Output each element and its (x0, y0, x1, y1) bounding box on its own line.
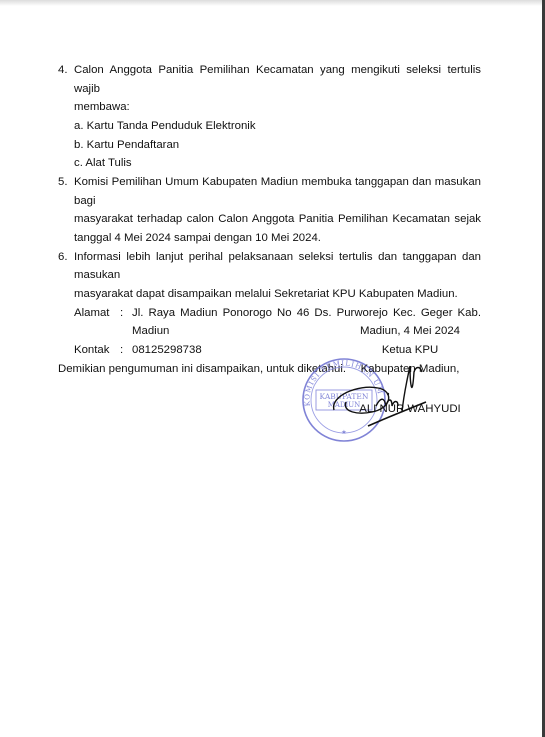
address-separator: : (120, 304, 132, 341)
place-date: Madiun, 4 Mei 2024 (352, 322, 468, 341)
handwritten-signature-icon (328, 362, 428, 428)
item-text-line: Calon Anggota Panitia Pemilihan Kecamata… (74, 61, 481, 98)
sub-item-b: b. Kartu Pendaftaran (74, 136, 481, 155)
item-number: 5. (58, 173, 74, 248)
page-top-shadow (0, 0, 545, 6)
item-text-line: Komisi Pemilihan Umum Kabupaten Madiun m… (74, 173, 481, 210)
item-text-line: Informasi lebih lanjut perihal pelaksana… (74, 248, 481, 285)
sub-item-c: c. Alat Tulis (74, 154, 481, 173)
item-text-line: masyarakat dapat disampaikan melalui Sek… (74, 285, 481, 304)
document-page: 4. Calon Anggota Panitia Pemilihan Kecam… (0, 0, 542, 737)
address-label: Alamat (74, 304, 120, 341)
item-text-line: membawa: (74, 98, 481, 117)
sub-item-a: a. Kartu Tanda Penduduk Elektronik (74, 117, 481, 136)
contact-label: Kontak (74, 341, 120, 360)
list-item-5: 5. Komisi Pemilihan Umum Kabupaten Madiu… (58, 173, 481, 248)
signer-title: Ketua KPU (352, 341, 468, 360)
list-item-4: 4. Calon Anggota Panitia Pemilihan Kecam… (58, 61, 481, 173)
item-number: 4. (58, 61, 74, 173)
svg-text:★: ★ (341, 429, 346, 436)
item-text-line: tanggal 4 Mei 2024 sampai dengan 10 Mei … (74, 229, 481, 248)
signature-block: Madiun, 4 Mei 2024 Ketua KPU Kabupaten M… (300, 322, 468, 419)
contact-separator: : (120, 341, 132, 360)
item-text-line: masyarakat terhadap calon Calon Anggota … (74, 210, 481, 229)
item-number: 6. (58, 248, 74, 360)
